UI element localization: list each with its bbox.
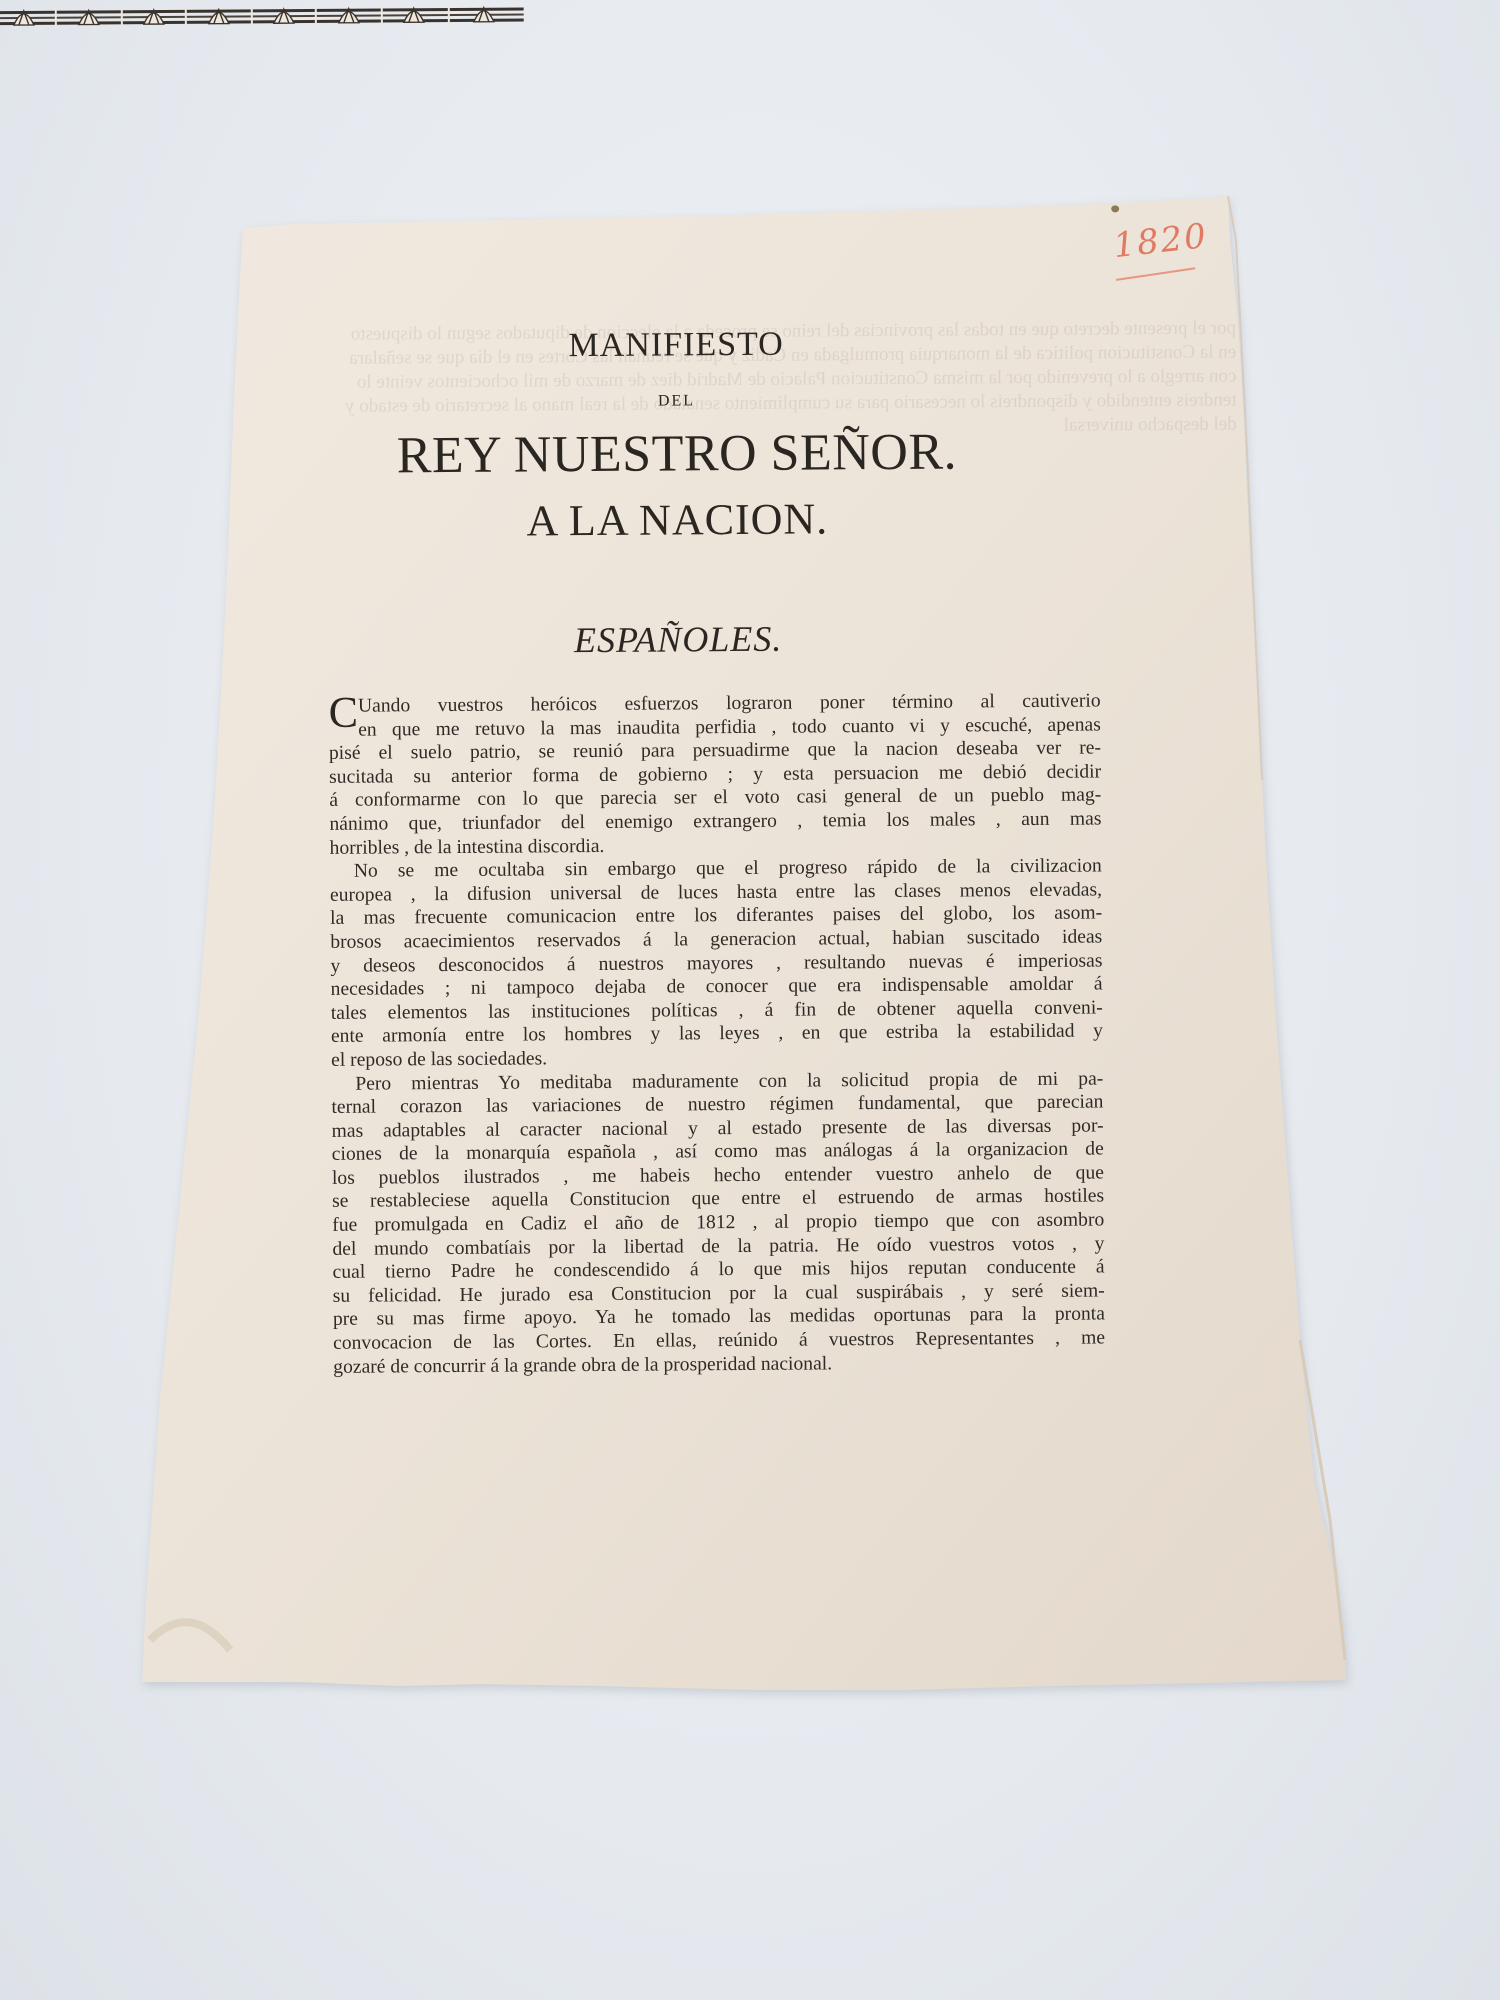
text-line: gozaré de concurrir á la grande obra de … <box>333 1350 1105 1379</box>
title-rey-nuestro-senor: REY NUESTRO SEÑOR. <box>327 422 1027 486</box>
handwritten-year-annotation: 1820 <box>1111 216 1209 266</box>
paragraph-3: Pero mientras Yo meditaba maduramente co… <box>331 1067 1105 1379</box>
decorative-rule-ornament <box>0 1 524 31</box>
paragraph-1: CUando vuestros heróicos esfuerzos logra… <box>329 689 1102 860</box>
title-del: DEL <box>326 390 1026 413</box>
annotation-underline <box>1116 267 1195 281</box>
salutation-espanoles: ESPAÑOLES. <box>328 616 1028 663</box>
pin-hole-mark <box>1111 205 1119 212</box>
title-a-la-nacion: A LA NACION. <box>327 492 1027 548</box>
document-page: por el presente decreto que en todas las… <box>0 0 1500 2000</box>
manifesto-body: CUando vuestros heróicos esfuerzos logra… <box>329 689 1106 1379</box>
title-manifiesto: MANIFIESTO <box>326 324 1026 367</box>
paragraph-2: No se me ocultaba sin embargo que el pro… <box>330 855 1103 1073</box>
scene: por el presente decreto que en todas las… <box>0 0 1500 2000</box>
drop-cap: C <box>329 703 358 723</box>
